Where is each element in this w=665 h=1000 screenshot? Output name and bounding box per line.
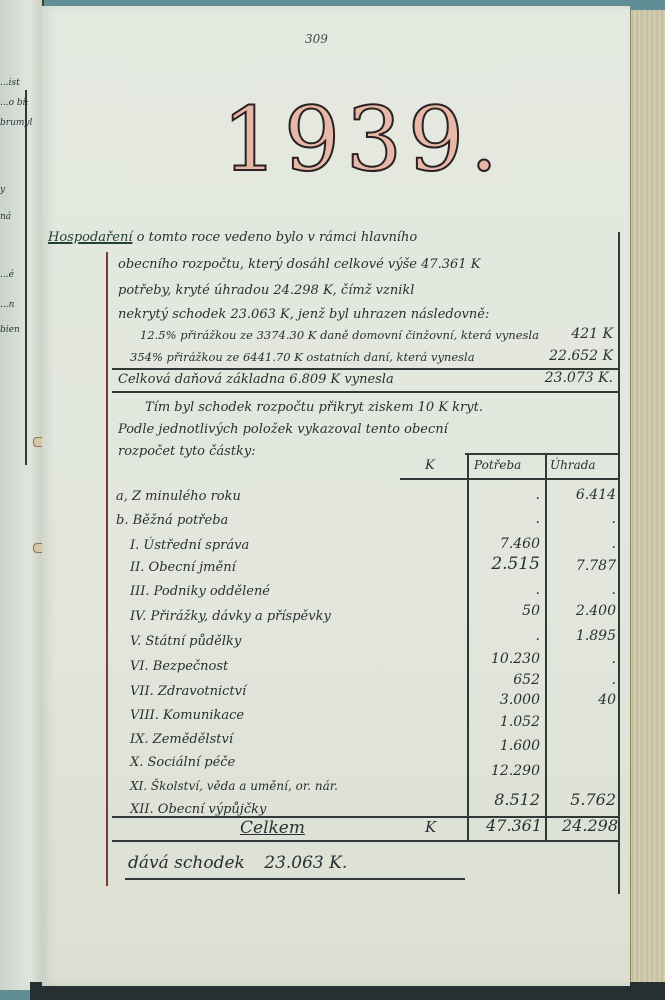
table-row-uhrada: . xyxy=(548,582,616,598)
table-row-label: VIII. Komunikace xyxy=(130,708,244,723)
table-row-label: XI. Školství, věda a umění, or. nár. xyxy=(130,779,338,793)
closing-amount: 23.063 K. xyxy=(264,853,347,873)
table-row-potreba: . xyxy=(470,511,540,527)
table-row-uhrada: 6.414 xyxy=(548,487,616,503)
divider xyxy=(112,368,618,370)
divider xyxy=(112,391,618,393)
table-row-potreba: . xyxy=(470,582,540,598)
table-row-uhrada: . xyxy=(548,672,616,688)
paragraph-line: o tomto roce vedeno bylo v rámci hlavníh… xyxy=(137,230,418,245)
surplus-line: Tím byl schodek rozpočtu přikryt ziskem … xyxy=(145,400,483,415)
closing-line: dává schodek 23.063 K. xyxy=(128,853,347,873)
table-row-potreba: 1.600 xyxy=(470,738,540,754)
table-row-label: II. Obecní jmění xyxy=(130,560,236,575)
tax-line-amount: 22.652 K xyxy=(549,348,613,364)
table-row-label: VII. Zdravotnictví xyxy=(130,684,246,699)
closing-text: dává schodek xyxy=(128,853,245,873)
left-fragment: ná xyxy=(0,212,11,222)
paragraph-line: nekrytý schodek 23.063 K, jenž byl uhraz… xyxy=(118,307,489,322)
right-margin-line xyxy=(618,232,620,894)
page-number: 309 xyxy=(305,32,328,46)
table-row-label: I. Ústřední správa xyxy=(130,538,249,553)
table-row-potreba: 50 xyxy=(470,603,540,619)
total-tax-text: Celková daňová základna 6.809 K vynesla xyxy=(118,372,394,387)
table-row-potreba: 3.000 xyxy=(470,692,540,708)
table-row-label: III. Podniky oddělené xyxy=(130,584,270,599)
left-fragment: y xyxy=(0,185,5,195)
table-total-currency: K xyxy=(425,818,436,836)
tax-line-text: 12.5% přirážkou ze 3374.30 K daně domovn… xyxy=(140,328,539,342)
table-row-label: V. Státní půdělky xyxy=(130,634,241,649)
table-row-potreba: 10.230 xyxy=(470,651,540,667)
table-intro-line: Podle jednotlivých položek vykazoval ten… xyxy=(118,422,448,437)
table-row-uhrada: 2.400 xyxy=(548,603,616,619)
table-intro-line: rozpočet tyto částky: xyxy=(118,444,256,459)
table-row-uhrada: 7.787 xyxy=(548,558,616,574)
table-row-potreba: 8.512 xyxy=(470,790,540,809)
table-row-label: XII. Obecní výpůjčky xyxy=(130,802,266,817)
intro-heading: Hospodaření o tomto roce vedeno bylo v r… xyxy=(48,230,417,245)
year-heading: 1939. xyxy=(222,88,504,191)
left-fragment: ...o bi: xyxy=(0,98,29,108)
table-row-label: b. Běžná potřeba xyxy=(116,513,228,528)
table-total-label: Celkem xyxy=(240,818,305,838)
table-row-potreba: . xyxy=(470,487,540,503)
table-row-label: VI. Bezpečnost xyxy=(130,659,228,674)
table-header-rule xyxy=(400,478,618,480)
table-row-potreba: . xyxy=(470,628,540,644)
table-total-uhrada: 24.298 xyxy=(548,816,618,835)
table-row-potreba: 2.515 xyxy=(470,554,540,574)
table-row-uhrada: 1.895 xyxy=(548,628,616,644)
table-row-label: X. Sociální péče xyxy=(130,755,235,770)
table-row-uhrada: 40 xyxy=(548,692,616,708)
left-fragment: ...é xyxy=(0,270,14,280)
table-top-rule xyxy=(465,453,618,455)
table-col-divider xyxy=(467,453,469,840)
table-row-potreba: 1.052 xyxy=(470,714,540,730)
tax-line-amount: 421 K xyxy=(571,326,613,342)
table-total-potreba: 47.361 xyxy=(470,816,542,835)
tax-line-text: 354% přirážkou ze 6441.70 K ostatních da… xyxy=(130,350,475,364)
table-row-label: IX. Zemědělství xyxy=(130,732,233,747)
red-margin-line xyxy=(106,252,108,886)
left-page-margin-line xyxy=(25,90,27,465)
table-row-potreba: 12.290 xyxy=(470,763,540,779)
left-page-edge: ...ist ...o bi: brumyl y ná ...é ...n bi… xyxy=(0,0,44,990)
table-row-label: IV. Přirážky, dávky a příspěvky xyxy=(130,609,331,624)
table-bottom-rule xyxy=(112,840,618,842)
table-row-uhrada: . xyxy=(548,651,616,667)
closing-underline xyxy=(125,878,465,880)
table-row-uhrada: . xyxy=(548,511,616,527)
table-row-potreba: 652 xyxy=(470,672,540,688)
intro-heading-text: Hospodaření xyxy=(48,230,133,245)
table-row-label: a, Z minulého roku xyxy=(116,489,241,504)
table-row-uhrada: . xyxy=(548,536,616,552)
left-fragment: ...n xyxy=(0,300,14,310)
table-row-potreba: 7.460 xyxy=(470,536,540,552)
left-fragment: bien xyxy=(0,325,20,335)
left-fragment: brumyl xyxy=(0,118,32,128)
paragraph-line: obecního rozpočtu, který dosáhl celkové … xyxy=(118,257,480,272)
table-header-potreba: Potřeba xyxy=(474,458,521,472)
table-header-uhrada: Úhrada xyxy=(550,458,596,472)
table-row-uhrada: 5.762 xyxy=(548,790,616,809)
paragraph-line: potřeby, kryté úhradou 24.298 K, čímž vz… xyxy=(118,283,414,298)
table-total-top-rule xyxy=(112,816,618,818)
left-fragment: ...ist xyxy=(0,78,20,88)
table-header-currency: K xyxy=(425,458,435,473)
page-stack-edge xyxy=(630,10,665,1000)
table-col-divider xyxy=(545,453,547,840)
total-tax-amount: 23.073 K. xyxy=(545,370,613,386)
